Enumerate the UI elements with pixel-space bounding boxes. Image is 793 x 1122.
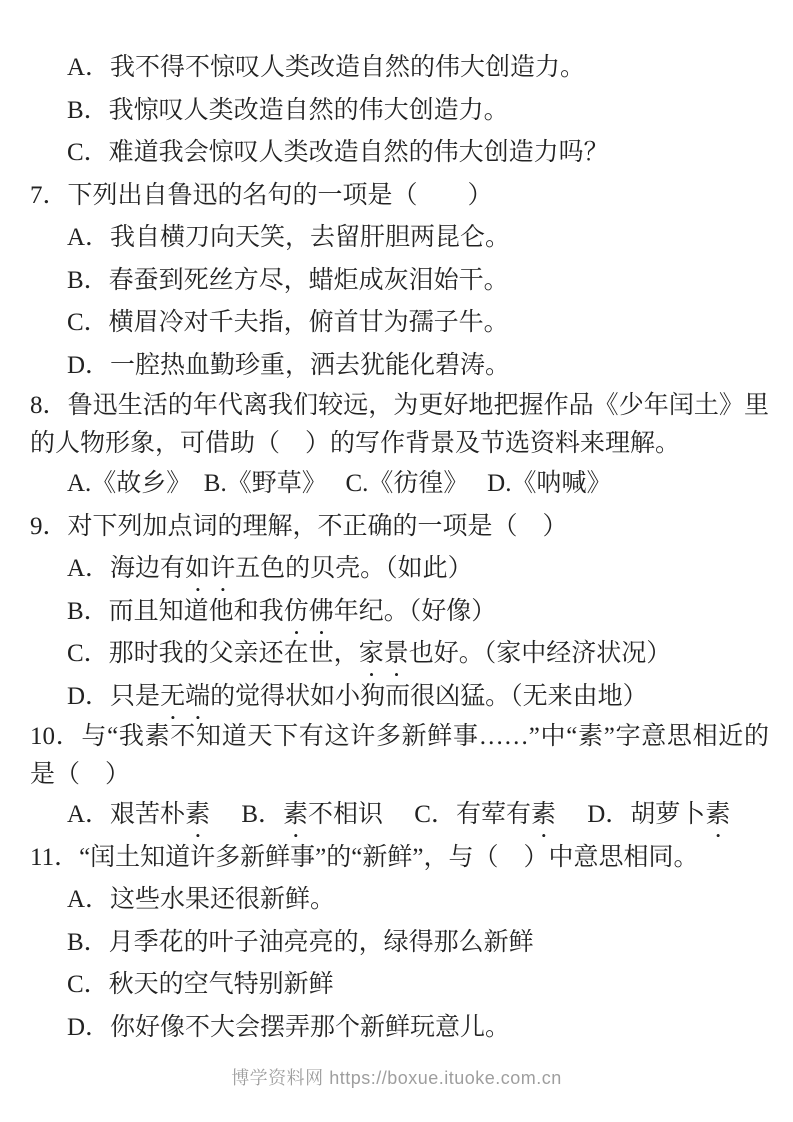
q7-option-b: B．春蚕到死丝方尽，蜡炬成灰泪始干。 [30,260,769,303]
emphasized-text: 如许 [185,555,235,582]
text-segment: C．那时我的父亲还在世， [67,640,359,667]
text-segment: D．你好像不大会摆弄那个新鲜玩意儿。 [67,1014,510,1041]
text-segment: D．只是 [67,683,160,710]
text-segment: B．我惊叹人类改造自然的伟大创造力。 [67,97,509,124]
emphasized-text: 素 [283,801,308,828]
text-segment: A．我自横刀向天笑，去留肝胆两昆仑。 [67,224,510,251]
text-segment: 也好。（家中经济状况） [409,640,672,667]
emphasized-text: 家景 [359,640,409,667]
q7-stem: 7．下列出自鲁迅的名句的一项是（ ） [30,175,769,218]
text-segment: 7．下列出自鲁迅的名句的一项是（ ） [30,182,493,209]
text-segment: 9．对下列加点词的理解，不正确的一项是（ ） [30,513,568,540]
text-segment: A.《故乡》 B.《野草》 C.《彷徨》 D.《呐喊》 [67,470,611,497]
q10-stem-line-2: 是（ ） [30,756,769,794]
footer-watermark: 博学资料网 https://boxue.ituoke.com.cn [231,1068,562,1088]
emphasized-text: 素 [531,801,556,828]
text-segment: A．艰苦朴 [67,801,185,828]
text-segment: B．春蚕到死丝方尽，蜡炬成灰泪始干。 [67,267,509,294]
q9-stem: 9．对下列加点词的理解，不正确的一项是（ ） [30,506,769,549]
q9-option-a: A．海边有如许五色的贝壳。（如此） [30,548,769,591]
q11-option-c: C．秋天的空气特别新鲜 [30,964,769,1007]
emphasized-text: 素 [185,801,210,828]
q11-option-b: B．月季花的叶子油亮亮的，绿得那么新鲜 [30,922,769,965]
text-segment: A．海边有 [67,555,185,582]
text-segment: 的人物形象，可借助（ ）的写作背景及节选资料来理解。 [30,430,680,457]
q11-option-d: D．你好像不大会摆弄那个新鲜玩意儿。 [30,1007,769,1050]
page-footer: 博学资料网 https://boxue.ituoke.com.cn [0,1064,793,1090]
text-segment: C．横眉冷对千夫指，俯首甘为孺子牛。 [67,309,509,336]
q6-option-c: C．难道我会惊叹人类改造自然的伟大创造力吗？ [30,132,769,175]
q8-stem-line-1: 8．鲁迅生活的年代离我们较远，为更好地把握作品《少年闰土》里 [30,387,769,425]
text-segment: 五色的贝壳。（如此） [235,555,473,582]
q10-stem-line-1: 10．与“我素不知道天下有这许多新鲜事……”中“素”字意思相近的 [30,718,769,756]
text-segment: B．而且知道他和我 [67,598,284,625]
document-lines: A．我不得不惊叹人类改造自然的伟大创造力。B．我惊叹人类改造自然的伟大创造力。C… [30,47,769,1049]
q7-option-c: C．横眉冷对千夫指，俯首甘为孺子牛。 [30,302,769,345]
text-segment: 8．鲁迅生活的年代离我们较远，为更好地把握作品《少年闰土》里 [30,392,769,419]
text-segment: 是（ ） [30,761,130,788]
q7-option-a: A．我自横刀向天笑，去留肝胆两昆仑。 [30,217,769,260]
text-segment: C．秋天的空气特别新鲜 [67,971,334,998]
text-segment: C．难道我会惊叹人类改造自然的伟大创造力吗？ [67,139,609,166]
document-page: A．我不得不惊叹人类改造自然的伟大创造力。B．我惊叹人类改造自然的伟大创造力。C… [0,0,793,1122]
text-segment: 不相识 [308,801,383,828]
text-segment: 年纪。（好像） [334,598,497,625]
q6-option-a: A．我不得不惊叹人类改造自然的伟大创造力。 [30,47,769,90]
emphasized-text: 仿佛 [284,598,334,625]
q7-option-d: D．一腔热血勤珍重，洒去犹能化碧涛。 [30,345,769,388]
text-segment: D．胡萝卜 [556,801,705,828]
text-segment: A．我不得不惊叹人类改造自然的伟大创造力。 [67,54,585,81]
q9-option-d: D．只是无端的觉得状如小狗而很凶猛。（无来由地） [30,676,769,719]
q11-stem: 11．“闰土知道许多新鲜事”的“新鲜”，与（ ）中意思相同。 [30,837,769,880]
q10-options: A．艰苦朴素 B．素不相识 C．有荤有素 D．胡萝卜素 [30,794,769,837]
text-segment: B．月季花的叶子油亮亮的，绿得那么新鲜 [67,929,534,956]
q9-option-c: C．那时我的父亲还在世，家景也好。（家中经济状况） [30,633,769,676]
text-segment: 的觉得状如小狗而很凶猛。（无来由地） [210,683,648,710]
q9-option-b: B．而且知道他和我仿佛年纪。（好像） [30,591,769,634]
q11-option-a: A．这些水果还很新鲜。 [30,879,769,922]
q8-stem-line-2: 的人物形象，可借助（ ）的写作背景及节选资料来理解。 [30,425,769,463]
text-segment: 11．“闰土知道许多新鲜事”的“新鲜”，与（ ）中意思相同。 [30,844,698,871]
q6-option-b: B．我惊叹人类改造自然的伟大创造力。 [30,90,769,133]
text-segment: 10．与“我素不知道天下有这许多新鲜事……”中“素”字意思相近的 [30,723,769,750]
q8-options: A.《故乡》 B.《野草》 C.《彷徨》 D.《呐喊》 [30,463,769,506]
text-segment: B． [210,801,283,828]
text-segment: A．这些水果还很新鲜。 [67,886,335,913]
text-segment: C．有荤有 [383,801,531,828]
emphasized-text: 无端 [160,683,210,710]
emphasized-text: 素 [705,801,730,828]
text-segment: D．一腔热血勤珍重，洒去犹能化碧涛。 [67,352,510,379]
